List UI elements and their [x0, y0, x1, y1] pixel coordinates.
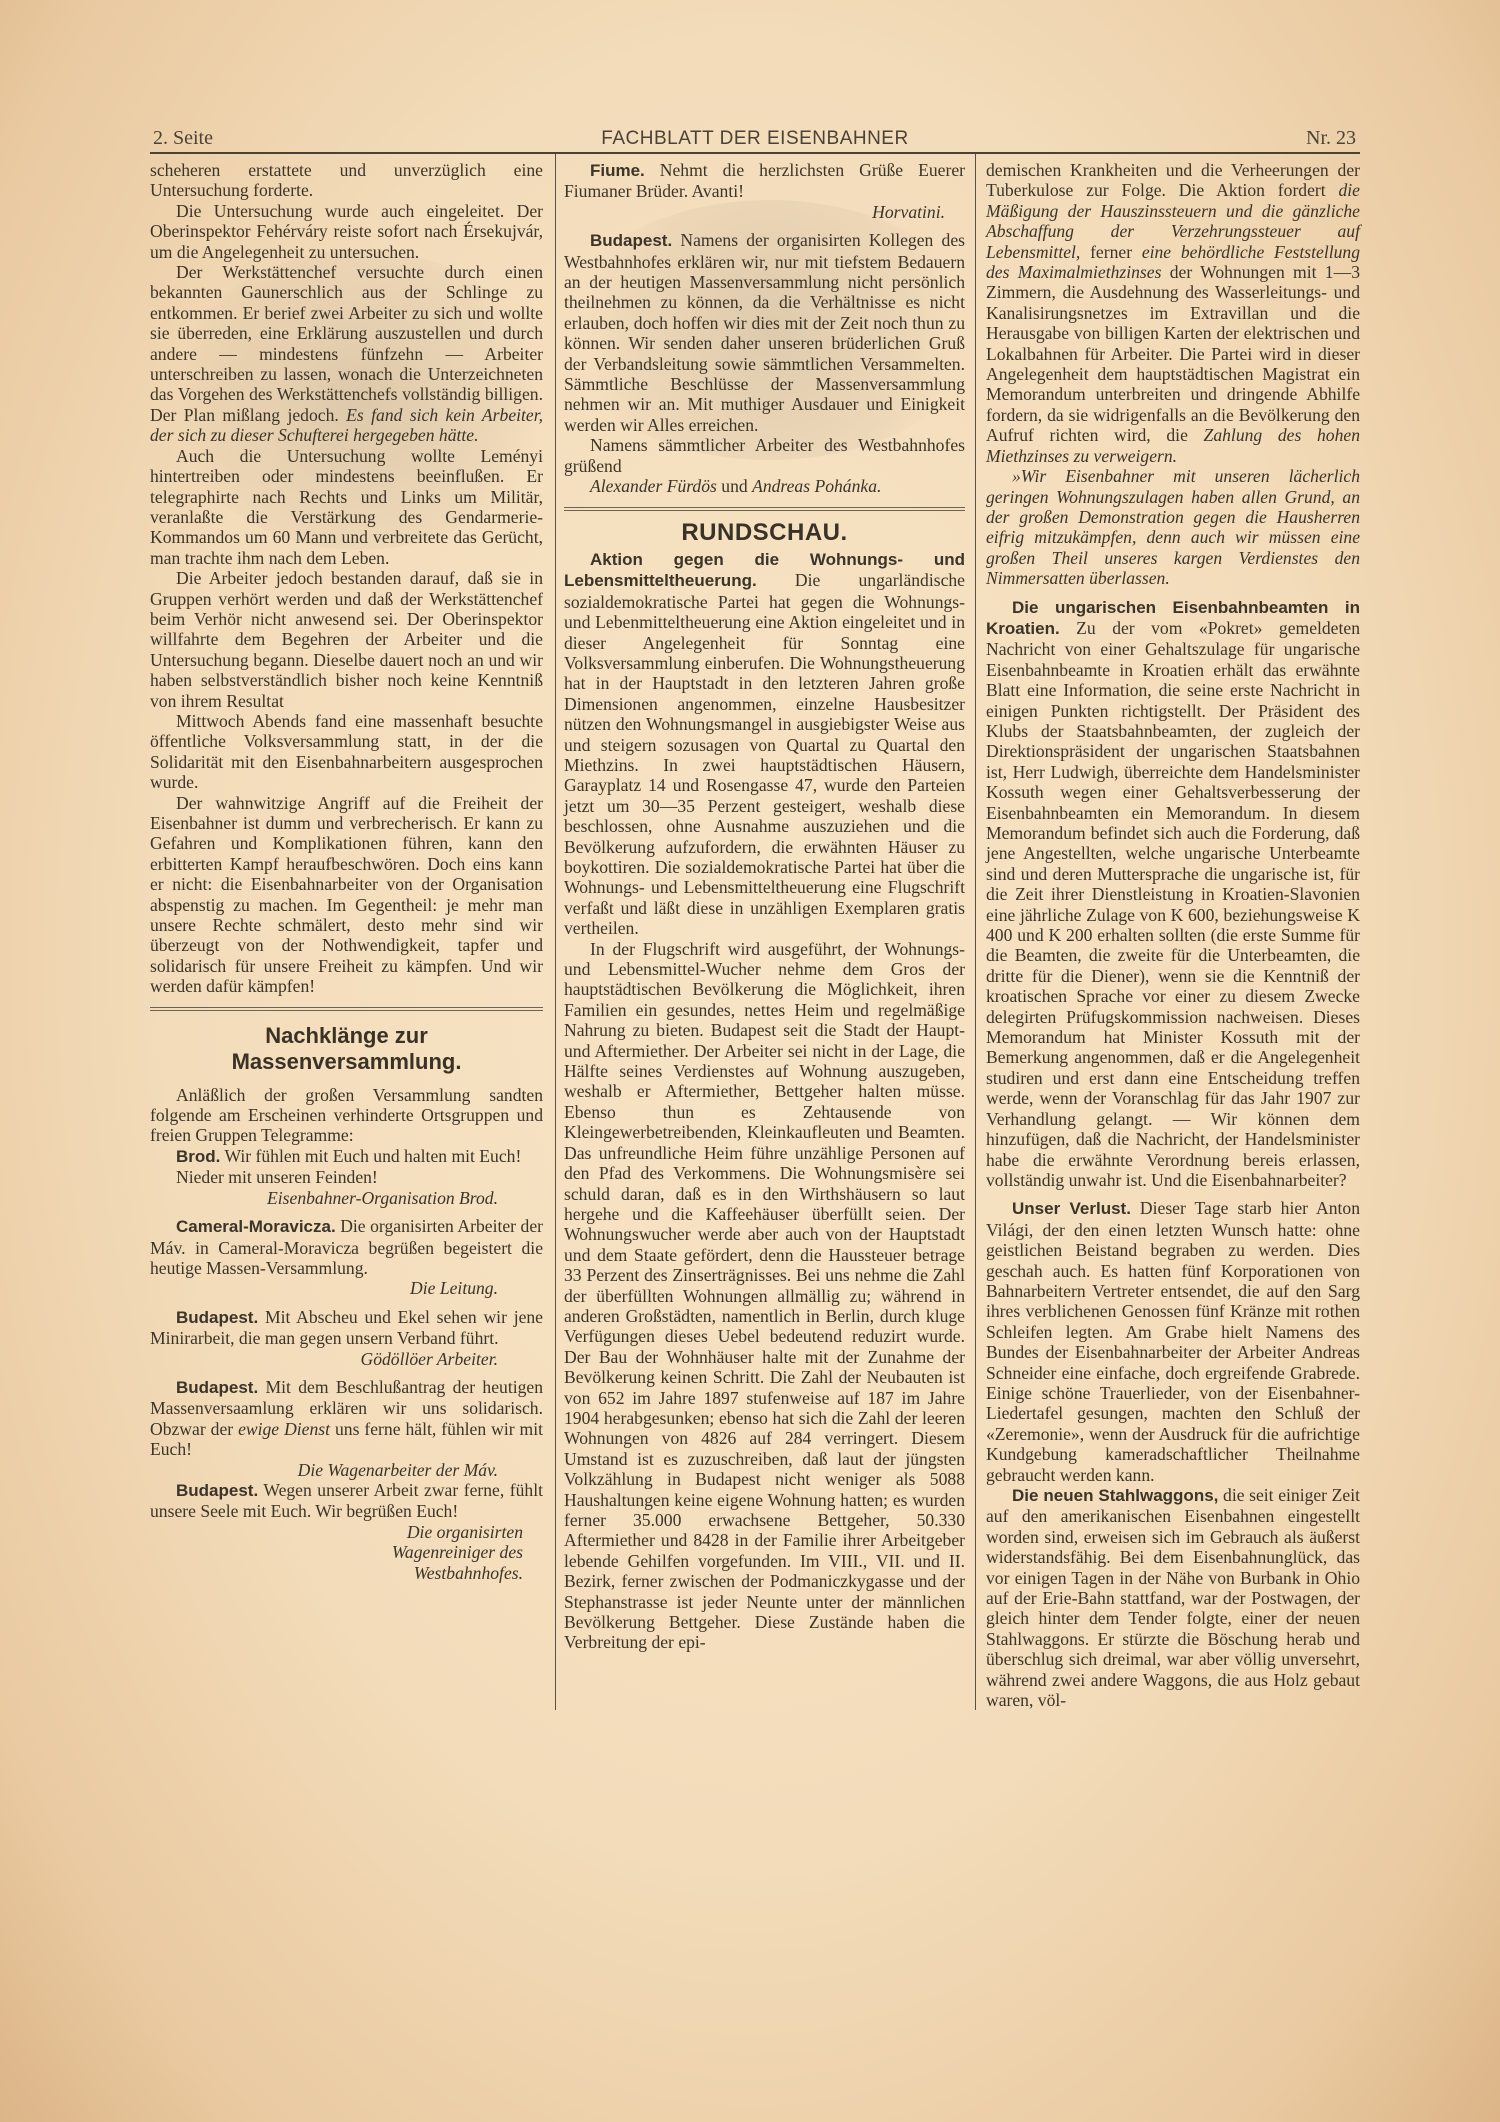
telegram-place: Budapest. — [176, 1481, 258, 1500]
paragraph: Die Arbeiter jedoch bestanden darauf, da… — [150, 568, 543, 711]
telegram-place: Budapest. — [176, 1308, 258, 1327]
telegram-place: Cameral-Moravicza. — [176, 1217, 336, 1236]
columns: scheheren erstattete und unverzüglich ei… — [150, 154, 1360, 1710]
article: Unser Verlust. Dieser Tage starb hier An… — [986, 1198, 1360, 1485]
paragraph: In der Flugschrift wird ausgeführt, der … — [564, 939, 965, 1653]
telegram: Brod. Wir fühlen mit Euch und halten mit… — [150, 1146, 543, 1167]
section-divider — [564, 507, 965, 511]
column-1: scheheren erstattete und unverzüglich ei… — [150, 154, 555, 1710]
paragraph: Auch die Untersuchung wollte Leményi hin… — [150, 446, 543, 568]
issue-number: Nr. 23 — [1306, 127, 1356, 150]
quote: »Wir Eisenbahner mit unseren lächerlich … — [986, 466, 1360, 588]
telegram: Budapest. Namens der organisirten Kolleg… — [564, 230, 965, 435]
paragraph: demischen Krankheiten und die Verheerung… — [986, 160, 1360, 466]
paragraph: Der Werkstättenchef versuchte durch eine… — [150, 262, 543, 446]
paragraph: scheheren erstattete und unverzüglich ei… — [150, 160, 543, 201]
article-title: Unser Verlust. — [1012, 1199, 1131, 1218]
paragraph: Namens sämmtlicher Arbeiter des Westbahn… — [564, 435, 965, 476]
telegram-signature: Alexander Fürdös und Andreas Pohánka. — [564, 476, 965, 496]
telegram: Budapest. Wegen unserer Arbeit zwar fern… — [150, 1480, 543, 1522]
paragraph: Der wahnwitzige Angriff auf die Freiheit… — [150, 793, 543, 997]
telegram: Budapest. Mit Abscheu und Ekel sehen wir… — [150, 1307, 543, 1349]
article: Die neuen Stahlwaggons, die seit einiger… — [986, 1485, 1360, 1710]
telegram-signature: Die Wagenarbeiter der Máv. — [150, 1460, 543, 1480]
telegram-place: Budapest. — [590, 231, 672, 250]
section-divider — [150, 1007, 543, 1011]
publication-title: FACHBLATT DER EISENBAHNER — [150, 128, 1360, 150]
article-title: Die neuen Stahlwaggons, — [1012, 1486, 1218, 1505]
article: Aktion gegen die Wohnungs- und Lebensmit… — [564, 549, 965, 939]
paragraph: Die Untersuchung wurde auch eingeleitet.… — [150, 201, 543, 262]
telegram-signature: Gödöllöer Arbeiter. — [150, 1349, 543, 1369]
telegram-place: Fiume. — [590, 161, 645, 180]
paragraph: Mittwoch Abends fand eine massenhaft bes… — [150, 711, 543, 793]
newspaper-page: 2. Seite FACHBLATT DER EISENBAHNER Nr. 2… — [150, 120, 1360, 1710]
telegram-place: Brod. — [176, 1147, 220, 1166]
telegram: Fiume. Nehmt die herzlichsten Grüße Euer… — [564, 160, 965, 202]
section-heading: Nachklänge zur Massenversammlung. — [150, 1023, 543, 1075]
telegram-signature: Eisenbahner-Organisation Brod. — [150, 1188, 543, 1208]
telegram: Budapest. Mit dem Beschlußantrag der heu… — [150, 1377, 543, 1460]
column-2: Fiume. Nehmt die herzlichsten Grüße Euer… — [555, 154, 975, 1710]
column-3: demischen Krankheiten und die Verheerung… — [975, 154, 1360, 1710]
telegram-line: Nieder mit unseren Feinden! — [150, 1167, 543, 1187]
section-heading-rundschau: RUNDSCHAU. — [564, 523, 965, 543]
telegram-signature: Die organisirten Wagenreiniger des Westb… — [150, 1522, 543, 1583]
page-header: 2. Seite FACHBLATT DER EISENBAHNER Nr. 2… — [150, 120, 1360, 154]
telegram-signature: Die Leitung. — [150, 1278, 543, 1298]
telegram: Cameral-Moravicza. Die organisirten Arbe… — [150, 1216, 543, 1278]
paragraph: Anläßlich der großen Versammlung sandten… — [150, 1085, 543, 1146]
telegram-signature: Horvatini. — [564, 202, 965, 222]
article: Die ungarischen Eisenbahnbeamten in Kroa… — [986, 597, 1360, 1191]
telegram-place: Budapest. — [176, 1378, 258, 1397]
